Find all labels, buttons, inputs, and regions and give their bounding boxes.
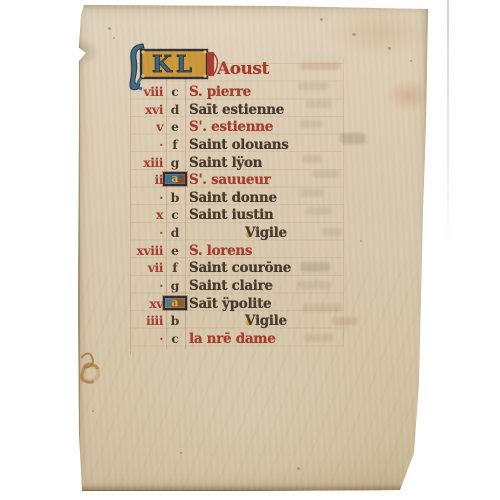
feast-entry: Saint lÿon (189, 155, 262, 171)
calendar-row: v e S'. estienne (130, 119, 390, 137)
dominical-letter: f (163, 260, 187, 276)
golden-number: · (130, 331, 163, 347)
illuminated-dominical-letter: a (163, 172, 187, 186)
calendar-row: vii f Saint courōne (130, 260, 390, 278)
calendar-row: viii c S. pierre (130, 84, 390, 102)
leaf-bottom-edge (78, 490, 432, 492)
golden-number: xvi (130, 102, 163, 118)
calendar-row: · d Vigile (130, 225, 390, 243)
calendar-row: xiii g Saint lÿon (130, 155, 390, 173)
vigil-initial: V (245, 313, 255, 329)
stain-speck (113, 37, 115, 39)
vigil-initial: V (245, 225, 255, 241)
golden-number: xiii (130, 155, 163, 171)
dominical-letter: b (163, 190, 187, 206)
calendar-row: · c la nrē dame (130, 331, 390, 349)
feast-entry: S. lorens (189, 243, 252, 259)
stain-speck (320, 18, 323, 21)
feast-entry: S'. estienne (189, 119, 273, 135)
golden-number: vii (130, 260, 163, 276)
dominical-letter: d (163, 102, 187, 118)
golden-number: iiii (130, 313, 163, 329)
calendar-row: xviii e S. lorens (130, 243, 390, 261)
feast-entry: Saint donne (189, 190, 277, 206)
dominical-letter: e (163, 243, 187, 259)
calendar-row: · b Saint donne (130, 190, 390, 208)
dominical-letter: c (163, 84, 187, 100)
golden-number: xv (130, 296, 163, 312)
feast-entry: Saīt ÿpolite (189, 296, 271, 312)
stain-speck (410, 60, 412, 62)
feast-entry: Saint iustin (189, 207, 274, 223)
dominical-letter: b (163, 313, 187, 329)
stain-speck (388, 47, 391, 50)
calendar-row: xvi d Saīt estienne (130, 102, 390, 120)
golden-number: v (130, 119, 163, 135)
dominical-letter: e (163, 119, 187, 135)
parchment-leaf: KL Aoust viii c S. pierre xvi d Saīt est… (76, 3, 430, 492)
feast-entry: la nrē dame (189, 331, 276, 347)
golden-number: ii (130, 172, 163, 188)
stain-speck (92, 410, 94, 412)
golden-number: · (130, 190, 163, 206)
golden-number: · (130, 225, 163, 241)
feast-entry: Saint olouans (189, 137, 289, 153)
feast-entry: Vigile (245, 225, 287, 241)
golden-number: x (130, 207, 163, 223)
illuminated-dominical-letter: a (163, 296, 187, 310)
golden-number: xviii (130, 243, 163, 259)
calendar-row: · f Saint olouans (130, 137, 390, 155)
golden-number: · (130, 137, 163, 153)
vigil-rest: igile (255, 225, 287, 241)
feast-entry: Vigile (245, 313, 287, 329)
page-edge-shadow (447, 0, 449, 260)
dominical-letter: d (163, 225, 187, 241)
stain-speck (297, 467, 300, 470)
calendar-row: xv a Saīt ÿpolite (130, 296, 390, 314)
calendar-row: iiii b Vigile (130, 313, 390, 331)
feast-entry: S. pierre (189, 84, 251, 100)
calendar-row: · g Saint claire (130, 278, 390, 296)
dominical-letter: g (163, 155, 187, 171)
dominical-letter: c (163, 331, 187, 347)
calendar-table: viii c S. pierre xvi d Saīt estienne v e… (130, 84, 390, 349)
calendar-row: x c Saint iustin (130, 207, 390, 225)
month-label: Aoust (217, 59, 269, 79)
leaf-left-edge (78, 3, 80, 492)
dominical-letter: c (163, 207, 187, 223)
kl-initial-text: KL (152, 51, 196, 78)
calendar-row: ii a S'. sauueur (130, 172, 390, 190)
photograph-of-manuscript-leaf: KL Aoust viii c S. pierre xvi d Saīt est… (0, 0, 500, 500)
dominical-letter: f (163, 137, 187, 153)
vigil-rest: igile (255, 313, 287, 329)
golden-number: viii (130, 84, 163, 100)
golden-number: · (130, 278, 163, 294)
stain-speck (180, 452, 182, 454)
stain-speck (108, 27, 111, 30)
feast-entry: Saint claire (189, 278, 273, 294)
feast-entry: Saint courōne (189, 260, 291, 276)
dominical-letter: g (163, 278, 187, 294)
feast-entry: Saīt estienne (189, 102, 284, 118)
stain-speck (352, 33, 356, 36)
ink-bleedthrough (300, 62, 340, 70)
feast-entry: S'. sauueur (189, 172, 270, 188)
